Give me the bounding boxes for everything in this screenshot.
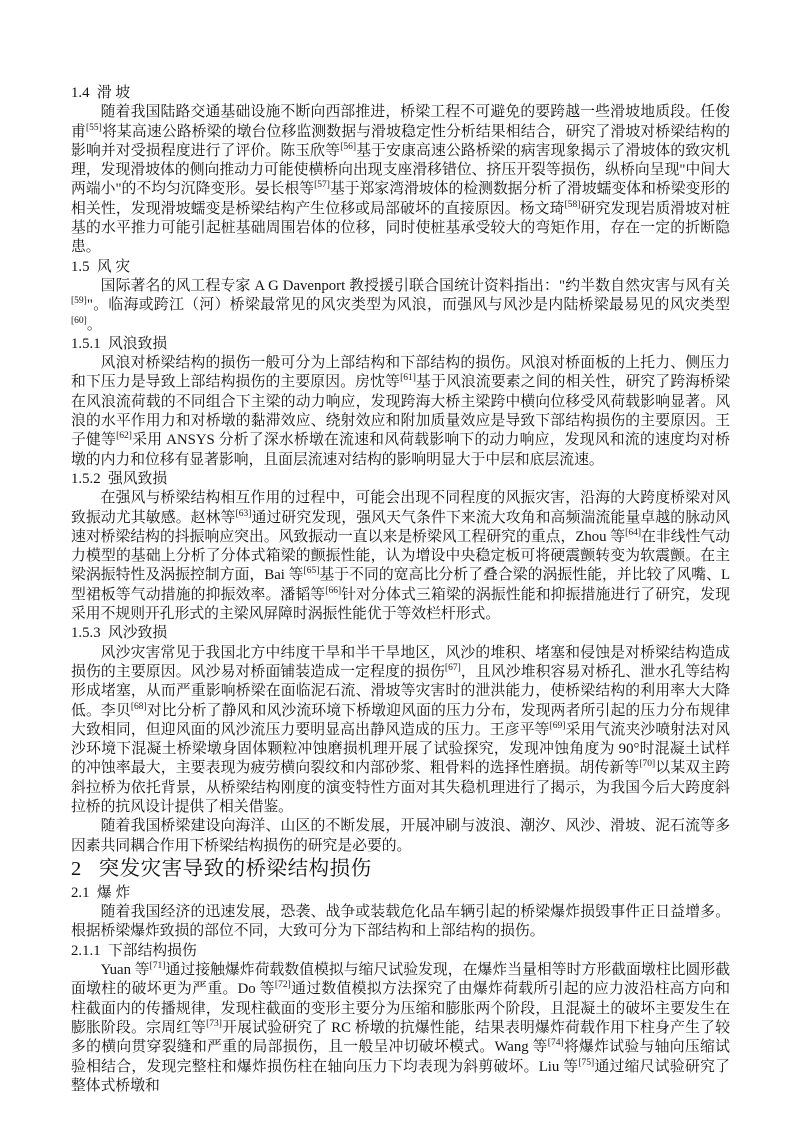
heading-1-5-1-wind-wave: 1.5.1 风浪致损 [71,335,730,354]
citation-ref: [66] [325,586,341,596]
text-run: "。临海或跨江（河）桥梁最常见的风灾类型为风浪，而强风与风沙是内陆桥梁最易见的风… [87,297,730,313]
text-run: 国际著名的风工程专家 A G Davenport 教授援引联合国统计资料指出："… [101,278,730,294]
text-run: 1.5 风 灾 [71,259,130,275]
document-page: 1.4 滑 坡随着我国陆路交通基础设施不断向西部推进，桥梁工程不可避免的要跨越一… [0,0,793,1122]
text-run: Yuan 等 [101,962,150,978]
text-run: 2 突发灾害导致的桥梁结构损伤 [71,858,372,880]
para-1-5-3-wind-sand: 风沙灾害常见于我国北方中纬度干旱和半干旱地区，风沙的堆积、堵塞和侵蚀是对桥梁结构… [71,644,730,818]
text-run: 1.5.1 风浪致损 [71,336,167,352]
text-run: 。 [87,317,102,333]
citation-ref: [69] [550,721,566,731]
citation-ref: [71] [150,961,166,971]
para-1-5-wind-intro: 国际著名的风工程专家 A G Davenport 教授援引联合国统计资料指出："… [71,277,730,335]
text-run: 随着我国经济的迅速发展，恐袭、战争或装载危化品车辆引起的桥梁爆炸损毁事件正日益增… [71,904,730,939]
para-2-1-1-substructure: Yuan 等[71]通过接触爆炸荷载数值模拟与缩尺试验发现，在爆炸当量相等时方形… [71,961,730,1096]
text-run: 采用 ANSYS 分析了深水桥墩在流速和风荷载影响下的动力响应，发现风和流的速度… [71,432,730,467]
heading-1-5-2-strong-wind: 1.5.2 强风致损 [71,470,730,489]
para-1-4-landslide: 随着我国陆路交通基础设施不断向西部推进，桥梁工程不可避免的要跨越一些滑坡地质段。… [71,103,730,257]
para-1-5-2-strong-wind: 在强风与桥梁结构相互作用的过程中，可能会出现不同程度的风振灾害，沿海的大跨度桥梁… [71,489,730,624]
citation-ref: [63] [236,509,252,519]
heading-2-1-explosion: 2.1 爆 炸 [71,884,730,903]
citation-ref: [64] [625,528,641,538]
citation-ref: [73] [206,1019,222,1029]
heading-2-sudden-disaster: 2 突发灾害导致的桥梁结构损伤 [71,857,730,882]
heading-2-1-1-substructure: 2.1.1 下部结构损伤 [71,942,730,961]
text-run: 随着我国桥梁建设向海洋、山区的不断发展，开展冲刷与波浪、潮汐、风沙、滑坡、泥石流… [71,818,730,853]
citation-ref: [62] [116,431,132,441]
text-run: 1.5.3 风沙致损 [71,625,167,641]
citation-ref: [74] [548,1038,564,1048]
citation-ref: [59] [71,296,87,306]
document-content: 1.4 滑 坡随着我国陆路交通基础设施不断向西部推进，桥梁工程不可避免的要跨越一… [71,84,730,1096]
citation-ref: [61] [400,374,416,384]
citation-ref: [56] [340,142,356,152]
citation-ref: [67] [445,663,461,673]
text-run: 2.1.1 下部结构损伤 [71,943,197,959]
citation-ref: [70] [639,759,655,769]
heading-1-5-3-wind-sand: 1.5.3 风沙致损 [71,624,730,643]
citation-ref: [72] [275,980,291,990]
para-1-5-summary: 随着我国桥梁建设向海洋、山区的不断发展，开展冲刷与波浪、潮汐、风沙、滑坡、泥石流… [71,817,730,856]
heading-1-5-wind-disaster: 1.5 风 灾 [71,258,730,277]
text-run: 1.4 滑 坡 [71,85,130,101]
citation-ref: [57] [314,181,330,191]
citation-ref: [65] [304,567,320,577]
heading-1-4-landslide: 1.4 滑 坡 [71,84,730,103]
para-1-5-1-wind-wave: 风浪对桥梁结构的损伤一般可分为上部结构和下部结构的损伤。风浪对桥面板的上托力、侧… [71,354,730,470]
para-2-1-explosion: 随着我国经济的迅速发展，恐袭、战争或装载危化品车辆引起的桥梁爆炸损毁事件正日益增… [71,903,730,942]
citation-ref: [60] [71,316,87,326]
text-run: 1.5.2 强风致损 [71,471,167,487]
citation-ref: [58] [565,200,581,210]
citation-ref: [75] [578,1058,594,1068]
citation-ref: [55] [86,123,102,133]
text-run: 2.1 爆 炸 [71,885,130,901]
citation-ref: [68] [131,702,147,712]
